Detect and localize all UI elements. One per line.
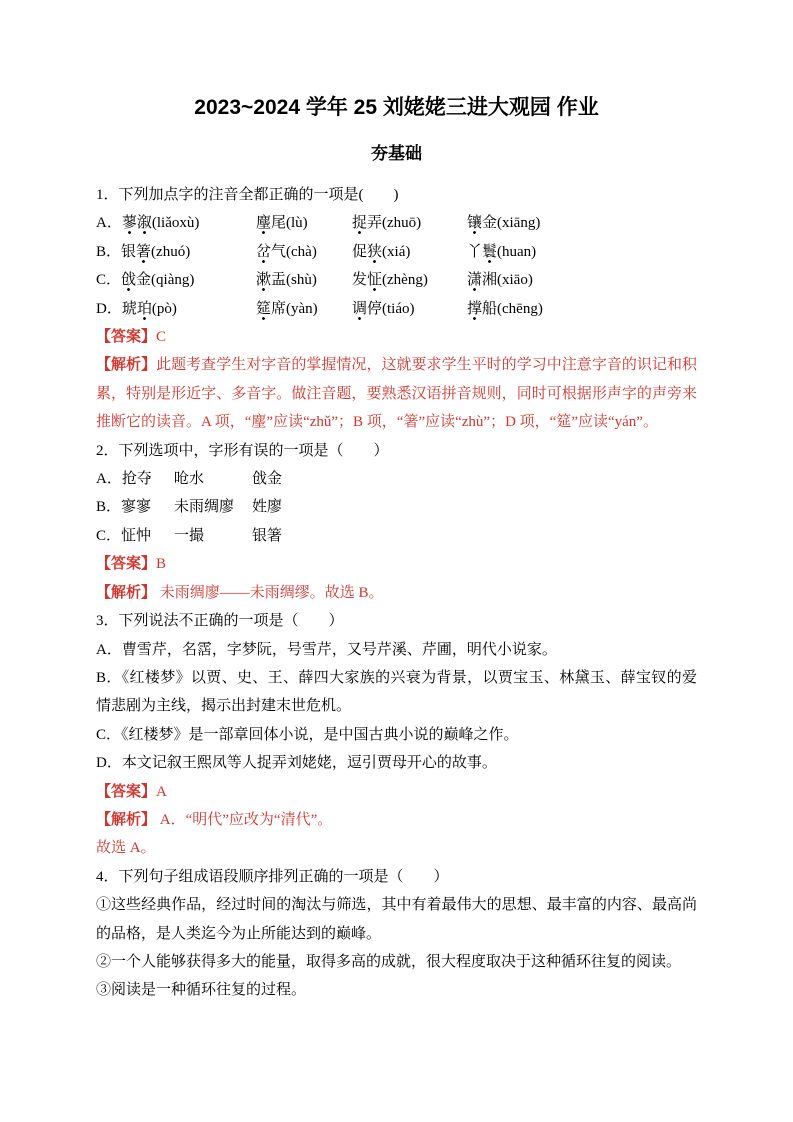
q4-stem: 4．下列句子组成语段顺序排列正确的一项是（ ） bbox=[96, 863, 697, 891]
answer-value: C bbox=[156, 329, 166, 345]
q1-option-c: C．戗金(qiàng) 漱盂(shù) 发怔(zhèng) 潇湘(xiāo) bbox=[96, 266, 697, 294]
q1-b-word-1: B．银箸(zhuó) bbox=[96, 238, 256, 266]
answer-label: 【答案】 bbox=[96, 556, 156, 572]
q1-d-word-4: 撑船(chēng) bbox=[467, 295, 697, 323]
q1-a-word-1: A．蓼溆(liǎoxù) bbox=[96, 209, 256, 237]
dotted-chars: 麈 bbox=[256, 215, 271, 235]
question-3: 3．下列说法不正确的一项是（ ） A．曹雪芹，名霑，字梦阮，号雪芹，又号芹溪、芹… bbox=[96, 607, 697, 863]
q3-option-d: D．本文记叙王熙凤等人捉弄刘姥姥，逗引贾母开心的故事。 bbox=[96, 749, 697, 777]
q2-a-word-3: 戗金 bbox=[252, 465, 697, 493]
q1-b-word-4: 丫鬟(huan) bbox=[467, 238, 697, 266]
dotted-chars: 捉 bbox=[352, 215, 367, 235]
q2-analysis-line: 【解析】 未雨绸廖——未雨绸缪。故选 B。 bbox=[96, 579, 697, 607]
dotted-chars: 鬟 bbox=[482, 244, 497, 264]
document-page: 2023~2024 学年 25 刘姥姥三进大观园 作业 夯基础 1．下列加点字的… bbox=[0, 0, 793, 1122]
q1-a-word-3: 捉弄(zhuō) bbox=[352, 209, 467, 237]
q1-c-word-2: 漱盂(shù) bbox=[256, 266, 352, 294]
analysis-label: 【解析】 bbox=[96, 812, 156, 828]
dotted-chars: 珀 bbox=[137, 301, 152, 321]
section-heading: 夯基础 bbox=[96, 139, 697, 168]
dotted-chars: 戗 bbox=[121, 272, 136, 292]
q1-d-word-1: D．琥珀(pò) bbox=[96, 295, 256, 323]
dotted-chars: 岔 bbox=[256, 244, 271, 264]
q1-analysis-line: 【解析】此题考查学生对字音的掌握情况，这就要求学生平时的学习中注意字音的识记和积… bbox=[96, 351, 697, 436]
q3-stem: 3．下列说法不正确的一项是（ ） bbox=[96, 607, 697, 635]
q1-d-word-2: 筵席(yàn) bbox=[256, 295, 352, 323]
q3-analysis-extra: 故选 A。 bbox=[96, 834, 697, 862]
q2-answer-line: 【答案】B bbox=[96, 550, 697, 578]
q1-c-word-4: 潇湘(xiāo) bbox=[467, 266, 697, 294]
dotted-chars: 箸 bbox=[136, 244, 151, 264]
analysis-text: 此题考查学生对字音的掌握情况，这就要求学生平时的学习中注意字音的识记和积累，特别… bbox=[96, 357, 697, 430]
q1-b-word-2: 岔气(chà) bbox=[256, 238, 352, 266]
q1-option-b: B．银箸(zhuó) 岔气(chà) 促狭(xiá) 丫鬟(huan) bbox=[96, 238, 697, 266]
dotted-chars: 怔 bbox=[367, 272, 382, 292]
question-1: 1．下列加点字的注音全都正确的一项是( ) A．蓼溆(liǎoxù) 麈尾(lù… bbox=[96, 181, 697, 437]
question-2: 2．下列选项中，字形有误的一项是（ ） A．抢夺 呛水 戗金 B．寥寥 未雨绸廖… bbox=[96, 437, 697, 607]
q1-c-word-3: 发怔(zhèng) bbox=[352, 266, 467, 294]
q3-answer-line: 【答案】A bbox=[96, 778, 697, 806]
q2-b-word-3: 姓廖 bbox=[252, 493, 697, 521]
q1-a-word-2: 麈尾(lù) bbox=[256, 209, 352, 237]
q1-answer-line: 【答案】C bbox=[96, 323, 697, 351]
q1-option-d: D．琥珀(pò) 筵席(yàn) 调停(tiáo) 撑船(chēng) bbox=[96, 295, 697, 323]
dotted-chars: 撑 bbox=[467, 301, 482, 321]
q3-option-b: B．《红楼梦》以贾、史、王、薛四大家族的兴衰为背景，以贾宝玉、林黛玉、薛宝钗的爱… bbox=[96, 664, 697, 721]
q2-stem: 2．下列选项中，字形有误的一项是（ ） bbox=[96, 437, 697, 465]
q4-sentence-3: ③阅读是一种循环往复的过程。 bbox=[96, 976, 697, 1004]
q1-c-word-1: C．戗金(qiàng) bbox=[96, 266, 256, 294]
q2-a-word-1: A．抢夺 bbox=[96, 465, 174, 493]
q2-a-word-2: 呛水 bbox=[174, 465, 252, 493]
q3-analysis-line: 【解析】 A．“明代”应改为“清代”。 bbox=[96, 806, 697, 834]
document-body: 1．下列加点字的注音全都正确的一项是( ) A．蓼溆(liǎoxù) 麈尾(lù… bbox=[96, 181, 697, 1005]
q2-b-word-1: B．寥寥 bbox=[96, 493, 174, 521]
dotted-chars: 蓼溆 bbox=[122, 215, 152, 235]
page-title: 2023~2024 学年 25 刘姥姥三进大观园 作业 bbox=[96, 92, 697, 124]
dotted-chars: 漱 bbox=[256, 272, 271, 292]
q1-d-word-3: 调停(tiáo) bbox=[352, 295, 467, 323]
q2-option-c: C．怔忡 一撮 银箸 bbox=[96, 522, 697, 550]
q2-c-word-1: C．怔忡 bbox=[96, 522, 174, 550]
q2-b-word-2: 未雨绸廖 bbox=[174, 493, 252, 521]
q2-option-a: A．抢夺 呛水 戗金 bbox=[96, 465, 697, 493]
analysis-text: 未雨绸廖——未雨绸缪。故选 B。 bbox=[156, 585, 384, 601]
q1-option-a: A．蓼溆(liǎoxù) 麈尾(lù) 捉弄(zhuō) 镶金(xiāng) bbox=[96, 209, 697, 237]
analysis-label: 【解析】 bbox=[96, 585, 156, 601]
dotted-chars: 狭 bbox=[367, 244, 382, 264]
analysis-text: A．“明代”应改为“清代”。 bbox=[156, 812, 332, 828]
q2-c-word-2: 一撮 bbox=[174, 522, 252, 550]
answer-label: 【答案】 bbox=[96, 329, 156, 345]
dotted-chars: 潇 bbox=[467, 272, 482, 292]
answer-value: B bbox=[156, 556, 166, 572]
q1-a-word-4: 镶金(xiāng) bbox=[467, 209, 697, 237]
q1-stem: 1．下列加点字的注音全都正确的一项是( ) bbox=[96, 181, 697, 209]
q3-option-a: A．曹雪芹，名霑，字梦阮，号雪芹，又号芹溪、芹圃，明代小说家。 bbox=[96, 636, 697, 664]
dotted-chars: 镶 bbox=[467, 215, 482, 235]
question-4: 4．下列句子组成语段顺序排列正确的一项是（ ） ①这些经典作品，经过时间的淘汰与… bbox=[96, 863, 697, 1005]
analysis-label: 【解析】 bbox=[96, 357, 156, 373]
dotted-chars: 调 bbox=[352, 301, 367, 321]
q3-option-c: C．《红楼梦》是一部章回体小说，是中国古典小说的巅峰之作。 bbox=[96, 721, 697, 749]
dotted-chars: 筵 bbox=[256, 301, 271, 321]
q4-sentence-1: ①这些经典作品，经过时间的淘汰与筛选，其中有着最伟大的思想、最丰富的内容、最高尚… bbox=[96, 891, 697, 948]
q2-option-b: B．寥寥 未雨绸廖 姓廖 bbox=[96, 493, 697, 521]
answer-label: 【答案】 bbox=[96, 784, 156, 800]
answer-value: A bbox=[156, 784, 167, 800]
q1-b-word-3: 促狭(xiá) bbox=[352, 238, 467, 266]
q4-sentence-2: ②一个人能够获得多大的能量，取得多高的成就，很大程度取决于这种循环往复的阅读。 bbox=[96, 948, 697, 976]
q2-c-word-3: 银箸 bbox=[252, 522, 697, 550]
